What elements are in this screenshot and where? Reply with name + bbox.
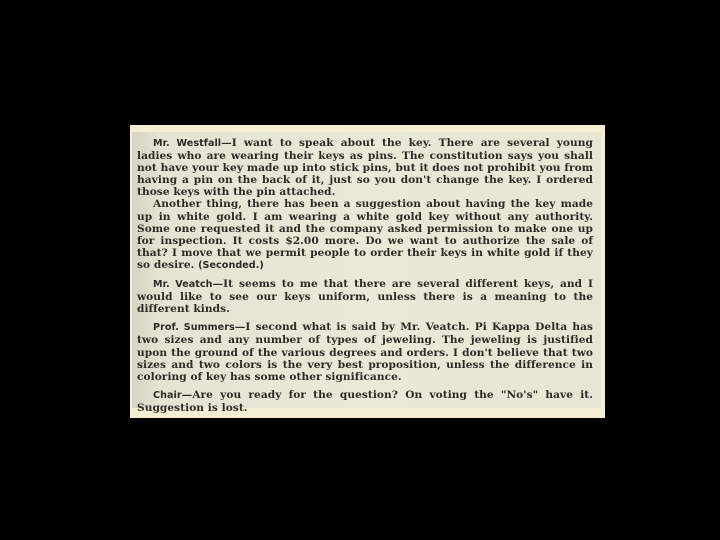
transcript-body: Mr. Westfall—I want to speak about the k… [137,137,593,414]
scanned-text-area: Mr. Westfall—I want to speak about the k… [132,132,601,408]
paragraph-text: —Are you ready for the question? On voti… [137,389,593,414]
paragraph-westfall: Mr. Westfall—I want to speak about the k… [137,137,593,198]
speaker-name: Chair [153,390,182,401]
scanned-page: Mr. Westfall—I want to speak about the k… [130,125,605,418]
paragraph-westfall-continued: Another thing, there has been a suggesti… [137,198,593,272]
speaker-name: Prof. Summers [153,322,235,333]
speaker-name: Mr. Westfall [153,138,221,149]
paragraph-summers: Prof. Summers—I second what is said by M… [137,321,593,382]
seconded-note: (Seconded.) [198,260,264,271]
paragraph-chair: Chair—Are you ready for the question? On… [137,389,593,414]
speaker-name: Mr. Veatch [153,279,213,290]
paragraph-veatch: Mr. Veatch—It seems to me that there are… [137,278,593,315]
